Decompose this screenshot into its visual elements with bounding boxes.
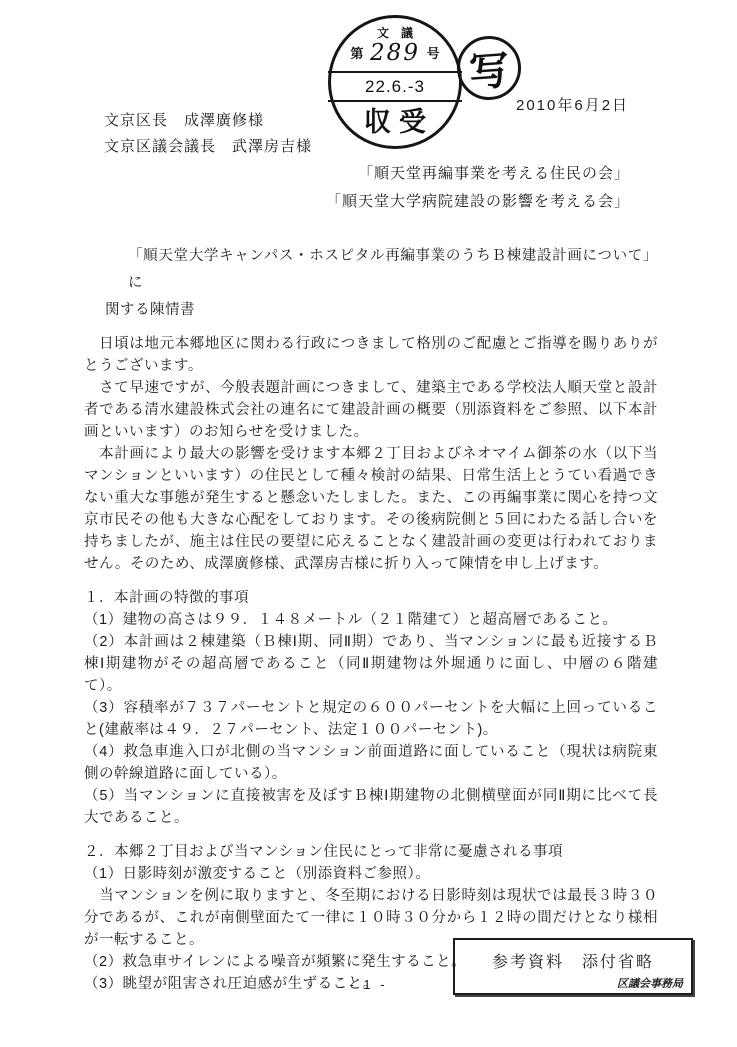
stamp-number-value: 289: [367, 40, 423, 66]
document-body: 「順天堂大学キャンパス・ホスピタル再編事業のうちＢ棟建設計画について」に 関する…: [84, 243, 658, 995]
receipt-stamp-icon: 文議 第 289 号 22.6.-3 収受: [328, 15, 462, 149]
stamp-date: 22.6.-3: [328, 71, 462, 102]
section-1-heading: １．本計画の特徴的事項: [84, 587, 658, 609]
reference-note-text: 参考資料 添付省略: [455, 949, 691, 972]
petition-document-page: 文議 第 289 号 22.6.-3 収受 写 2010年6月2日 文京区長 成…: [0, 0, 737, 1047]
document-date: 2010年6月2日: [516, 94, 629, 115]
paragraph-greeting: 日頃は地元本郷地区に関わる行政につきまして格別のご配慮とご指導を賜りありがとうご…: [84, 333, 658, 377]
addressee-council-chair: 文京区議会議長 武澤房吉様: [104, 134, 312, 160]
section-1-item-4: （4）救急車進入口が北側の当マンション前面道路に面していること（現状は病院東側の…: [84, 741, 658, 785]
paragraph-notice: さて早速ですが、今般表題計画につきまして、建築主である学校法人順天堂と設計者であ…: [84, 377, 658, 443]
section-1-item-5: （5）当マンションに直接被害を及ぼすＢ棟Ⅰ期建物の北側横壁面が同Ⅱ期に比べて長大…: [84, 785, 658, 829]
document-title: 「順天堂大学キャンパス・ホスピタル再編事業のうちＢ棟建設計画について」に 関する…: [84, 243, 658, 324]
section-2-item-1: （1）日影時刻が激変すること（別添資料ご参照）。: [84, 863, 658, 885]
section-1-item-3: （3）容積率が７３７パーセントと規定の６００パーセントを大幅に上回っていること(…: [84, 697, 658, 741]
copy-mark-stamp-icon: 写: [455, 34, 523, 102]
sender-block: 「順天堂再編事業を考える住民の会」 「順天堂大学病院建設の影響を考える会」: [326, 160, 630, 216]
sender-org-2: 「順天堂大学病院建設の影響を考える会」: [326, 188, 630, 216]
stamp-number-suffix: 号: [427, 46, 440, 61]
section-1-item-1: （1）建物の高さは９９．１４８メートル（２１階建て）と超高層であること。: [84, 609, 658, 631]
sender-org-1: 「順天堂再編事業を考える住民の会」: [326, 160, 630, 188]
stamp-received-label: 収受: [331, 100, 459, 139]
section-1-item-2: （2）本計画は２棟建築（Ｂ棟Ⅰ期、同Ⅱ期）であり、当マンションに最も近接するＢ棟…: [84, 631, 658, 697]
document-title-line-2: 関する陳情書: [105, 297, 658, 324]
addressee-mayor: 文京区長 成澤廣修様: [104, 108, 312, 134]
paragraph-concern: 本計画により最大の影響を受けます本郷２丁目およびネオマイム御茶の水（以下当マンシ…: [84, 443, 658, 575]
section-2-heading: ２．本郷２丁目および当マンション住民にとって非常に憂慮される事項: [84, 841, 658, 863]
stamp-office-label: 文議: [331, 24, 459, 41]
stamp-number-line: 第 289 号: [331, 40, 459, 66]
page-number: - 1 -: [0, 977, 737, 992]
addressee-block: 文京区長 成澤廣修様 文京区議会議長 武澤房吉様: [104, 108, 312, 160]
stamp-number-prefix: 第: [350, 46, 363, 61]
document-title-line-1: 「順天堂大学キャンパス・ホスピタル再編事業のうちＢ棟建設計画について」に: [128, 243, 658, 297]
